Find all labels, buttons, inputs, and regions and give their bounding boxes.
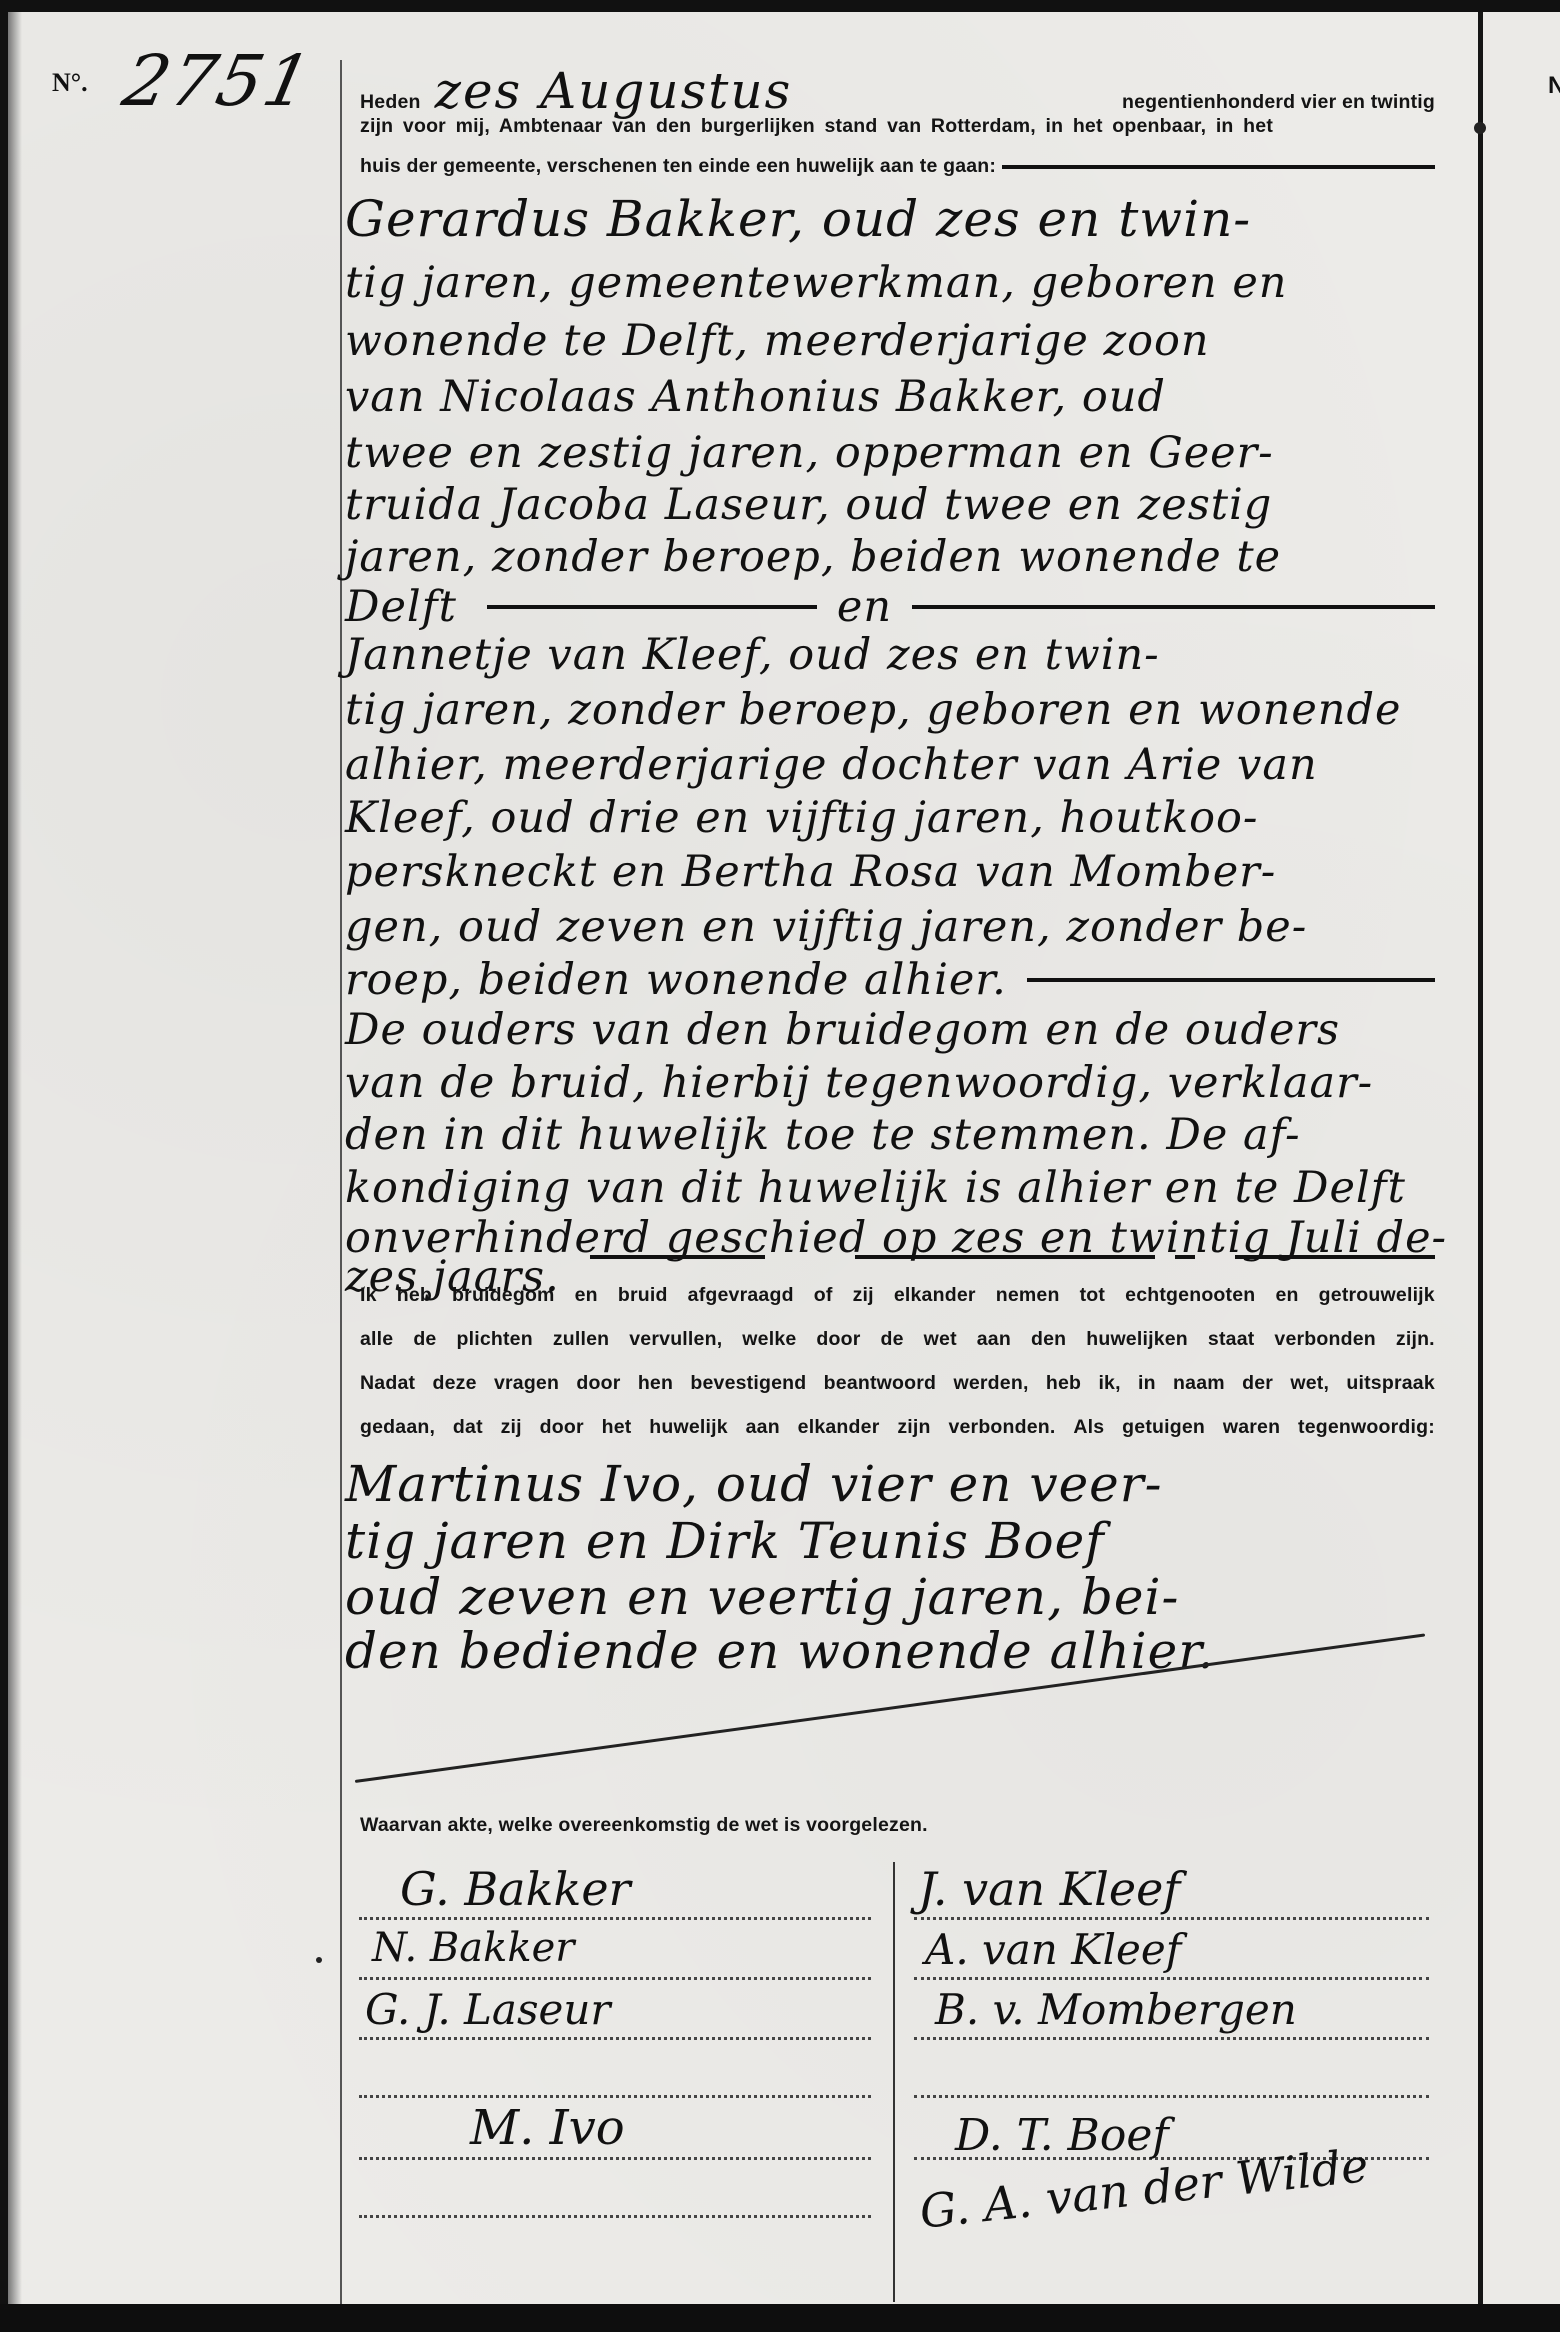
adjacent-page-sliver <box>1482 12 1560 2304</box>
fill-line <box>487 605 817 609</box>
bride-line: Jannetje van Kleef, oud zes en twin- <box>345 630 1440 680</box>
word: getuigen <box>1122 1416 1205 1439</box>
word: en <box>1275 1284 1298 1307</box>
groom-line: truida Jacoba Laseur, oud twee en zestig <box>345 480 1440 530</box>
word: Als <box>1073 1416 1104 1439</box>
signature-line <box>914 2037 1429 2040</box>
bride-line: roep, beiden wonende alhier. <box>345 955 1007 1005</box>
groom-line: jaren, zonder beroep, beiden wonende te <box>345 532 1440 582</box>
groom-line: Gerardus Bakker, oud zes en twin- <box>345 190 1440 248</box>
word: werden, <box>953 1372 1028 1395</box>
word: en <box>575 1284 598 1307</box>
word: aan <box>977 1328 1011 1351</box>
signature-groom: G. Bakker <box>400 1862 631 1916</box>
word: heb <box>1046 1372 1081 1395</box>
signature-witness-2: D. T. Boef <box>955 2110 1169 2161</box>
binding-hole <box>1474 122 1486 134</box>
word: door <box>540 1416 584 1439</box>
signature-witness-1: M. Ivo <box>470 2100 625 2156</box>
word: naam <box>1173 1372 1225 1395</box>
header-line-3-text: huis der gemeente, verschenen ten einde … <box>360 155 996 178</box>
word: Ik <box>360 1284 377 1307</box>
word: verbonden <box>1274 1328 1375 1351</box>
word: zij <box>501 1416 522 1439</box>
word: zij <box>853 1284 874 1307</box>
bride-line: alhier, meerderjarige dochter van Arie v… <box>345 740 1440 790</box>
word: beantwoord <box>824 1372 937 1395</box>
witness-line: den bediende en wonende alhier. <box>345 1622 1440 1680</box>
word: bruidegom <box>452 1284 555 1307</box>
margin-rule <box>340 60 342 2305</box>
word: de <box>881 1328 904 1351</box>
word: vervullen, <box>629 1328 722 1351</box>
consent-line: De ouders van den bruidegom en de ouders <box>345 1005 1440 1055</box>
vows-line-3: Nadat deze vragen door hen bevestigend b… <box>360 1372 1435 1395</box>
word: plichten <box>456 1328 532 1351</box>
word: wet <box>924 1328 957 1351</box>
signature-line <box>359 2037 871 2040</box>
word: wet, <box>1290 1372 1329 1395</box>
signature-line <box>359 2215 871 2218</box>
word: de <box>413 1328 436 1351</box>
vows-line-4: gedaan, dat zij door het huwelijk aan el… <box>360 1416 1435 1439</box>
groom-residence: Delft <box>345 582 457 632</box>
word: hen <box>638 1372 673 1395</box>
connector-en: en <box>837 582 892 632</box>
groom-line: twee en zestig jaren, opperman en Geer- <box>345 428 1440 478</box>
word: welke <box>742 1328 796 1351</box>
bride-last-line: roep, beiden wonende alhier. <box>345 955 1435 1005</box>
bride-line: perskneckt en Bertha Rosa van Momber- <box>345 847 1440 897</box>
signature-line <box>914 1917 1429 1920</box>
signature-line <box>914 2095 1429 2098</box>
word: Nadat <box>360 1372 415 1395</box>
witness-line: Martinus Ivo, oud vier en veer- <box>345 1455 1440 1513</box>
header-year: negentienhonderd vier en twintig <box>1122 91 1435 114</box>
fill-line <box>855 1255 1155 1259</box>
signature-line <box>914 1977 1429 1980</box>
word: gedaan, <box>360 1416 435 1439</box>
consent-line: kondiging van dit huwelijk is alhier en … <box>345 1163 1440 1213</box>
fill-line <box>912 605 1435 609</box>
word: aan <box>746 1416 780 1439</box>
page-edge-shadow <box>8 12 22 2304</box>
word: het <box>602 1416 632 1439</box>
word: elkander <box>798 1416 880 1439</box>
word: echtgenooten <box>1125 1284 1255 1307</box>
record-number-label: N°. <box>52 68 88 98</box>
word: bruid <box>618 1284 668 1307</box>
record-number: 2751 <box>116 40 320 122</box>
signature-bride-father: A. van Kleef <box>925 1925 1181 1974</box>
groom-connector-line: Delft en <box>345 582 1435 632</box>
fill-line <box>1002 165 1435 169</box>
word: heb <box>397 1284 432 1307</box>
word: huwelijken <box>1086 1328 1188 1351</box>
word: uitspraak <box>1346 1372 1435 1395</box>
header-prefix: Heden <box>360 91 421 114</box>
word: bevestigend <box>690 1372 806 1395</box>
word: deze <box>432 1372 476 1395</box>
signature-groom-father: N. Bakker <box>372 1925 574 1971</box>
word: of <box>814 1284 833 1307</box>
signature-line <box>359 1917 871 1920</box>
word: der <box>1242 1372 1273 1395</box>
bride-line: gen, oud zeven en vijftig jaren, zonder … <box>345 902 1440 952</box>
word: tegenwoordig: <box>1298 1416 1435 1439</box>
word: in <box>1138 1372 1156 1395</box>
word: nemen <box>996 1284 1060 1307</box>
adjacent-page-number-label: N <box>1548 72 1560 100</box>
word: elkander <box>894 1284 976 1307</box>
word: zijn. <box>1396 1328 1435 1351</box>
signature-line <box>359 2157 871 2160</box>
word: alle <box>360 1328 393 1351</box>
fill-line <box>1027 978 1435 982</box>
fill-line <box>590 1255 765 1259</box>
vows-line-2: alle de plichten zullen vervullen, welke… <box>360 1328 1435 1351</box>
word: ik, <box>1098 1372 1120 1395</box>
signature-line <box>359 2095 871 2098</box>
scan-bottom-frame <box>0 2304 1560 2332</box>
witness-line: tig jaren en Dirk Teunis Boef <box>345 1512 1440 1570</box>
groom-line: van Nicolaas Anthonius Bakker, oud <box>345 372 1440 422</box>
signature-column-divider <box>893 1862 895 2302</box>
fill-line <box>1235 1255 1435 1259</box>
signature-groom-mother: G. J. Laseur <box>365 1985 611 2034</box>
signature-bride-mother: B. v. Mombergen <box>935 1985 1297 2034</box>
word: den <box>1031 1328 1066 1351</box>
header-line-2: zijn voor mij, Ambtenaar van den burgerl… <box>360 115 1435 138</box>
groom-line: tig jaren, gemeentewerkman, geboren en <box>345 258 1440 308</box>
word: zijn <box>897 1416 930 1439</box>
word: dat <box>453 1416 483 1439</box>
word: verbonden. <box>948 1416 1055 1439</box>
word: staat <box>1208 1328 1255 1351</box>
header-line-3: huis der gemeente, verschenen ten einde … <box>360 155 1435 178</box>
closing-statement: Waarvan akte, welke overeenkomstig de we… <box>360 1814 1435 1837</box>
signature-line <box>359 1977 871 1980</box>
word: afgevraagd <box>688 1284 794 1307</box>
word: door <box>576 1372 620 1395</box>
word: huwelijk <box>649 1416 728 1439</box>
header-line-1: Heden zes Augustus negentienhonderd vier… <box>360 62 1435 120</box>
groom-line: wonende te Delft, meerderjarige zoon <box>345 316 1440 366</box>
word: door <box>816 1328 860 1351</box>
word: vragen <box>494 1372 559 1395</box>
header-line-2-text: zijn voor mij, Ambtenaar van den burgerl… <box>360 115 1273 137</box>
fill-line <box>1175 1255 1195 1259</box>
consent-line: van de bruid, hierbij tegenwoordig, verk… <box>345 1058 1440 1108</box>
ink-speck <box>316 1957 322 1963</box>
bride-line: tig jaren, zonder beroep, geboren en won… <box>345 685 1440 735</box>
consent-line: den in dit huwelijk toe te stemmen. De a… <box>345 1110 1440 1160</box>
handwritten-date: zes Augustus <box>435 62 793 120</box>
witness-line: oud zeven en veertig jaren, bei- <box>345 1568 1440 1626</box>
page-binding-rule <box>1478 12 1483 2304</box>
word: getrouwelijk <box>1319 1284 1435 1307</box>
vows-line-1: Ik heb bruidegom en bruid afgevraagd of … <box>360 1284 1435 1307</box>
word: waren <box>1223 1416 1280 1439</box>
word: zullen <box>553 1328 609 1351</box>
word: tot <box>1080 1284 1106 1307</box>
bride-line: Kleef, oud drie en vijftig jaren, houtko… <box>345 793 1440 843</box>
signature-bride: J. van Kleef <box>918 1862 1180 1916</box>
